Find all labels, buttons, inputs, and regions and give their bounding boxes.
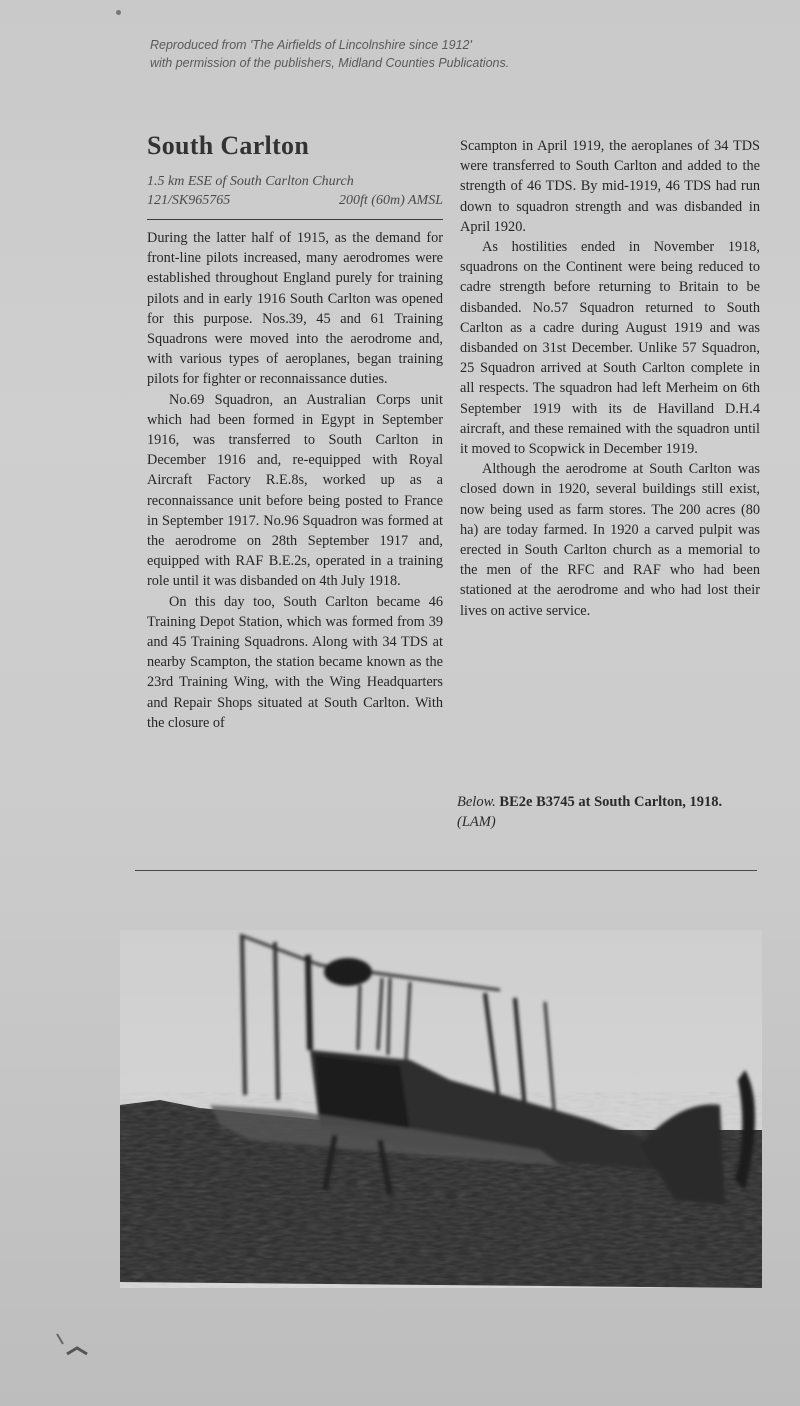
section-divider [135,870,757,871]
paragraph: As hostilities ended in November 1918, s… [460,237,760,459]
title-rule [147,219,443,220]
credit-line-1: Reproduced from 'The Airfields of Lincol… [150,36,670,54]
paragraph: No.69 Squadron, an Australian Corps unit… [147,390,443,592]
grid-reference: 121/SK965765 [147,191,230,210]
pen-mark [55,1330,115,1360]
paragraph: On this day too, South Carlton became 46… [147,592,443,733]
reproduction-credit: Reproduced from 'The Airfields of Lincol… [150,36,670,72]
article-left-column: South Carlton 1.5 km ESE of South Carlto… [147,130,443,733]
article-right-column: Scampton in April 1919, the aeroplanes o… [460,136,760,621]
photo-caption: Below. BE2e B3745 at South Carlton, 1918… [457,792,757,832]
paper-speck [116,10,121,15]
paragraph: Although the aerodrome at South Carlton … [460,459,760,621]
caption-text: BE2e B3745 at South Carlton, 1918. [499,794,722,810]
paragraph: During the latter half of 1915, as the d… [147,228,443,390]
grid-elevation-line: 121/SK965765 200ft (60m) AMSL [147,191,443,210]
article-title: South Carlton [147,130,443,162]
caption-source: (LAM) [457,814,496,830]
location-line: 1.5 km ESE of South Carlton Church [147,172,443,191]
elevation: 200ft (60m) AMSL [339,191,443,210]
credit-line-2: with permission of the publishers, Midla… [150,54,670,72]
biplane-photo [120,930,762,1288]
paragraph: Scampton in April 1919, the aeroplanes o… [460,136,760,237]
caption-prefix: Below. [457,794,496,810]
